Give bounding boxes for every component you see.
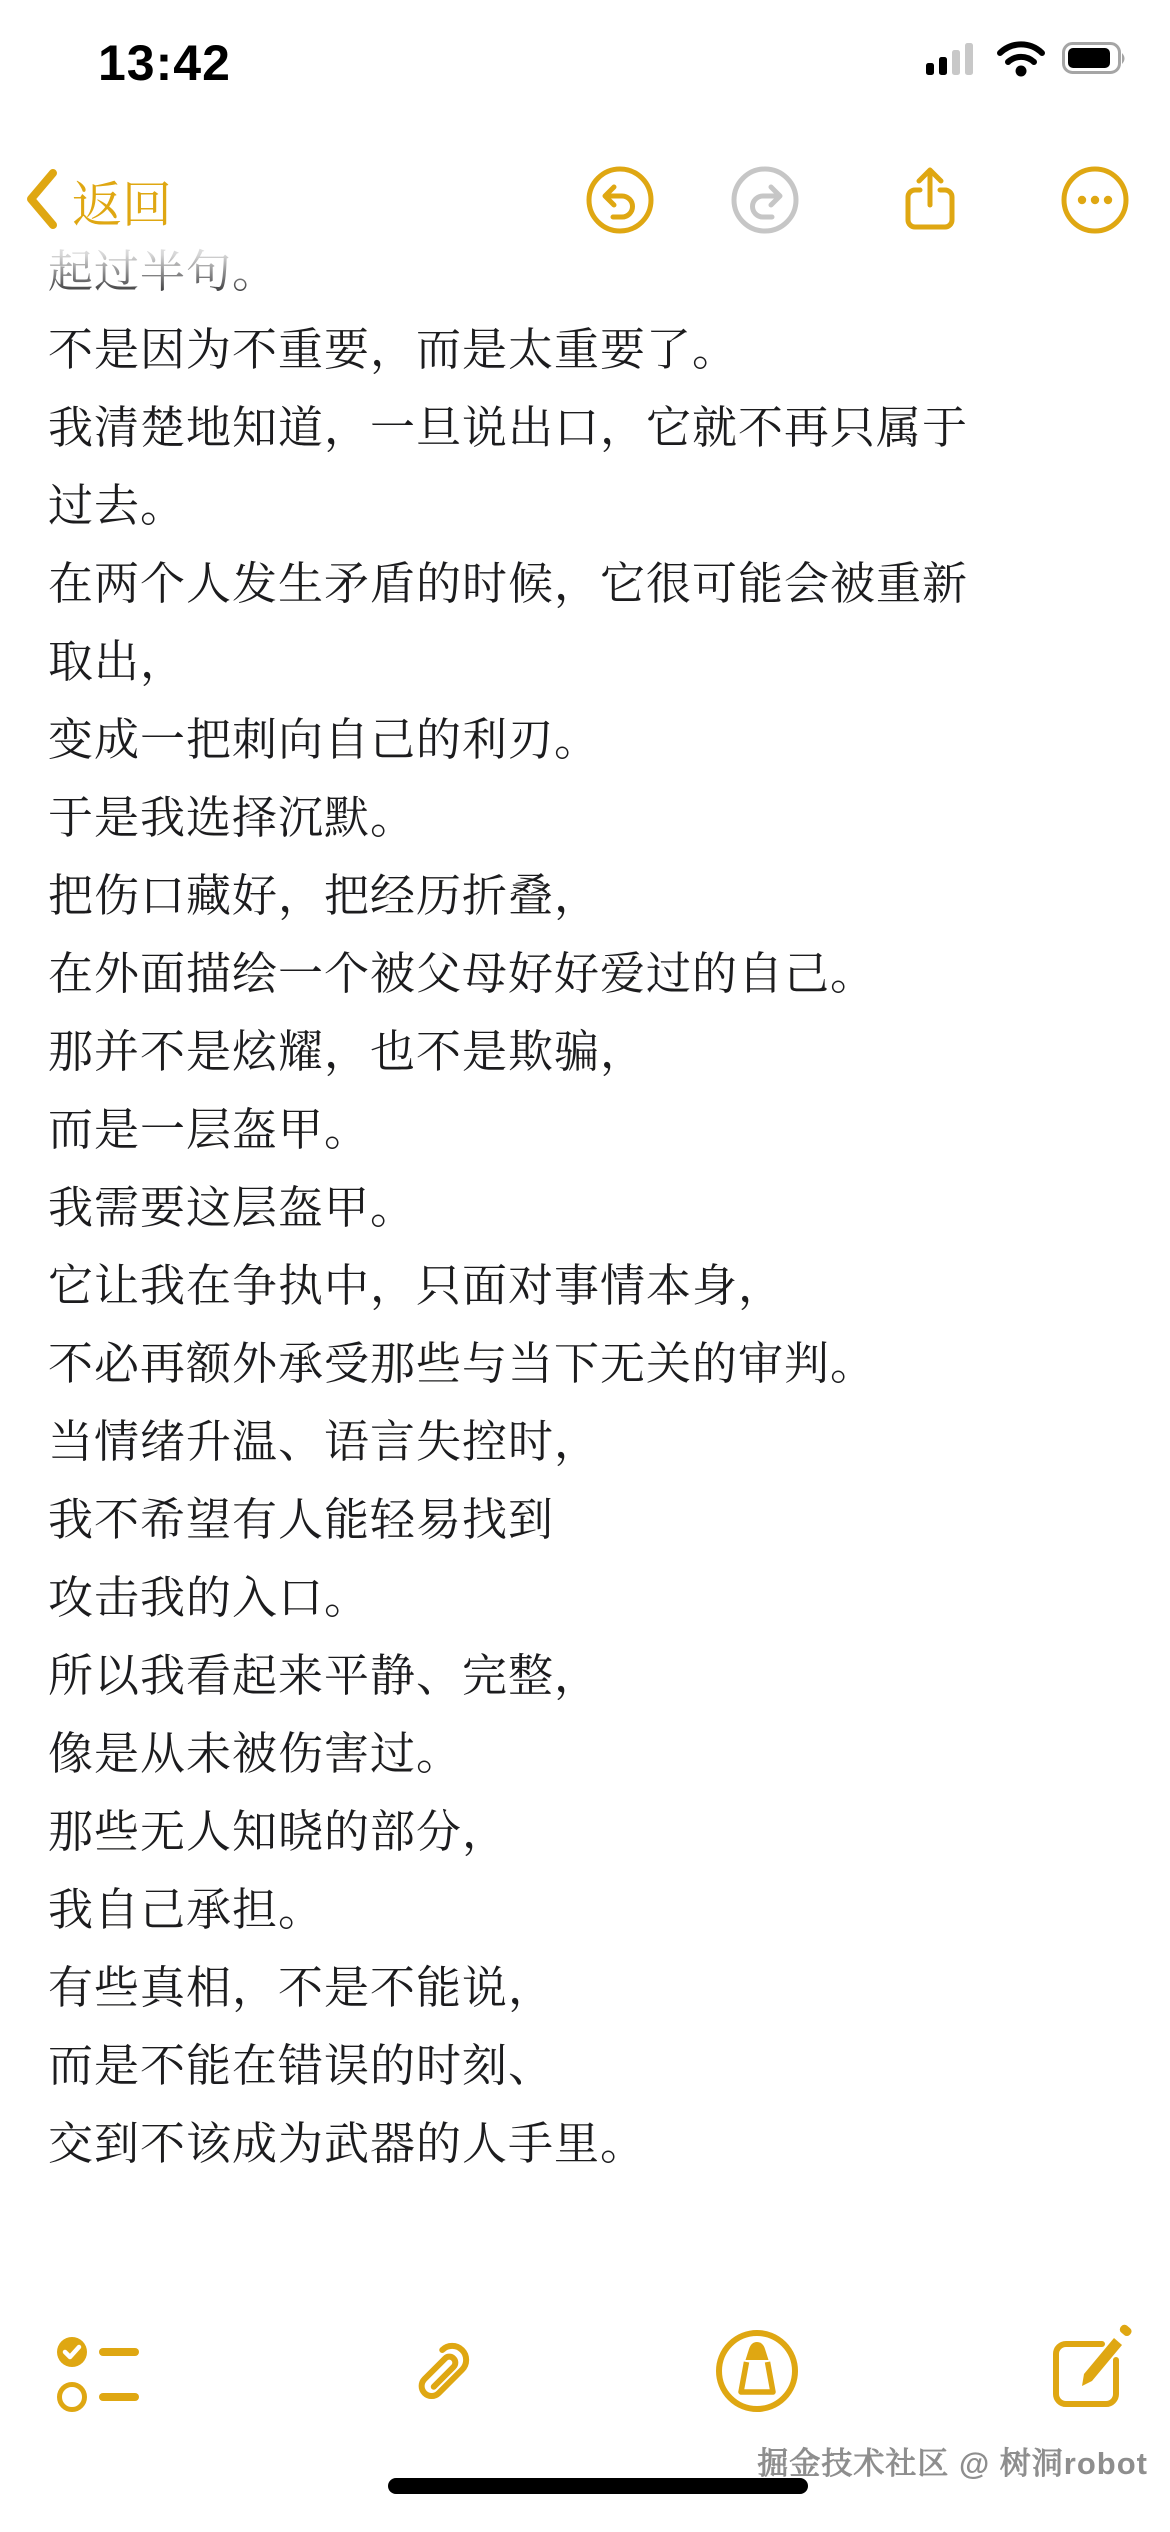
note-text-line: 攻击我的入口。 — [48, 1559, 1146, 1637]
paperclip-icon[interactable] — [388, 2324, 488, 2429]
chevron-left-icon — [24, 168, 58, 235]
share-icon[interactable] — [893, 163, 967, 237]
note-text-line: 而是不能在错误的时刻、 — [48, 2027, 1146, 2105]
note-text-line: 不是因为不重要，而是太重要了。 — [48, 311, 1146, 389]
note-text-line: 我不希望有人能轻易找到 — [48, 1481, 1146, 1559]
note-text-line: 过去。 — [48, 467, 1146, 545]
note-text-line: 我清楚地知道，一旦说出口，它就不再只属于 — [48, 389, 1146, 467]
note-text-line: 当情绪升温、语言失控时， — [48, 1403, 1146, 1481]
note-text-line: 于是我选择沉默。 — [48, 779, 1146, 857]
note-text-line: 变成一把刺向自己的利刃。 — [48, 701, 1146, 779]
note-text-line: 不必再额外承受那些与当下无关的审判。 — [48, 1325, 1146, 1403]
note-text-line: 那些无人知晓的部分， — [48, 1793, 1146, 1871]
nav-bar: 返回 — [0, 165, 1170, 250]
note-text-line: 像是从未被伤害过。 — [48, 1715, 1146, 1793]
home-indicator[interactable] — [388, 2478, 808, 2494]
note-text-line: 交到不该成为武器的人手里。 — [48, 2105, 1146, 2183]
note-text-line: 而是一层盔甲。 — [48, 1091, 1146, 1169]
back-button[interactable]: 返回 — [24, 165, 172, 237]
note-text-line: 我自己承担。 — [48, 1871, 1146, 1949]
note-text-line: 我需要这层盔甲。 — [48, 1169, 1146, 1247]
watermark: 掘金技术社区 @ 树洞robot — [757, 2438, 1148, 2483]
note-text-line: 所以我看起来平静、完整， — [48, 1637, 1146, 1715]
notes-app-screen: 关于原生家庭的伤心与隐瞒，一分都不会少 那些来自原生家庭的伤痛与委屈一生 起过半… — [0, 0, 1170, 2532]
back-button-label: 返回 — [72, 165, 172, 237]
note-text-line: 把伤口藏好，把经历折叠， — [48, 857, 1146, 935]
battery-icon — [1062, 42, 1128, 81]
undo-icon[interactable] — [583, 163, 657, 237]
markup-pen-icon[interactable] — [712, 2326, 802, 2421]
cellular-signal-icon — [926, 41, 980, 82]
note-text-line: 有些真相，不是不能说， — [48, 1949, 1146, 2027]
wifi-icon — [996, 40, 1046, 83]
status-bar: 13:42 — [0, 0, 1170, 110]
compose-icon[interactable] — [1040, 2324, 1140, 2425]
status-time: 13:42 — [98, 34, 231, 92]
note-text-line: 在两个人发生矛盾的时候，它很可能会被重新 — [48, 545, 1146, 623]
more-options-icon[interactable] — [1058, 163, 1132, 237]
note-body[interactable]: 起过半句。不是因为不重要，而是太重要了。我清楚地知道，一旦说出口，它就不再只属于… — [48, 233, 1146, 2183]
note-text-line: 取出， — [48, 623, 1146, 701]
note-text-line: 它让我在争执中，只面对事情本身， — [48, 1247, 1146, 1325]
note-text-line: 在外面描绘一个被父母好好爱过的自己。 — [48, 935, 1146, 1013]
note-text-line: 那并不是炫耀，也不是欺骗， — [48, 1013, 1146, 1091]
redo-icon-disabled — [728, 163, 802, 237]
status-icons — [926, 40, 1128, 83]
checklist-icon[interactable] — [55, 2330, 145, 2425]
bottom-toolbar — [0, 2318, 1170, 2428]
